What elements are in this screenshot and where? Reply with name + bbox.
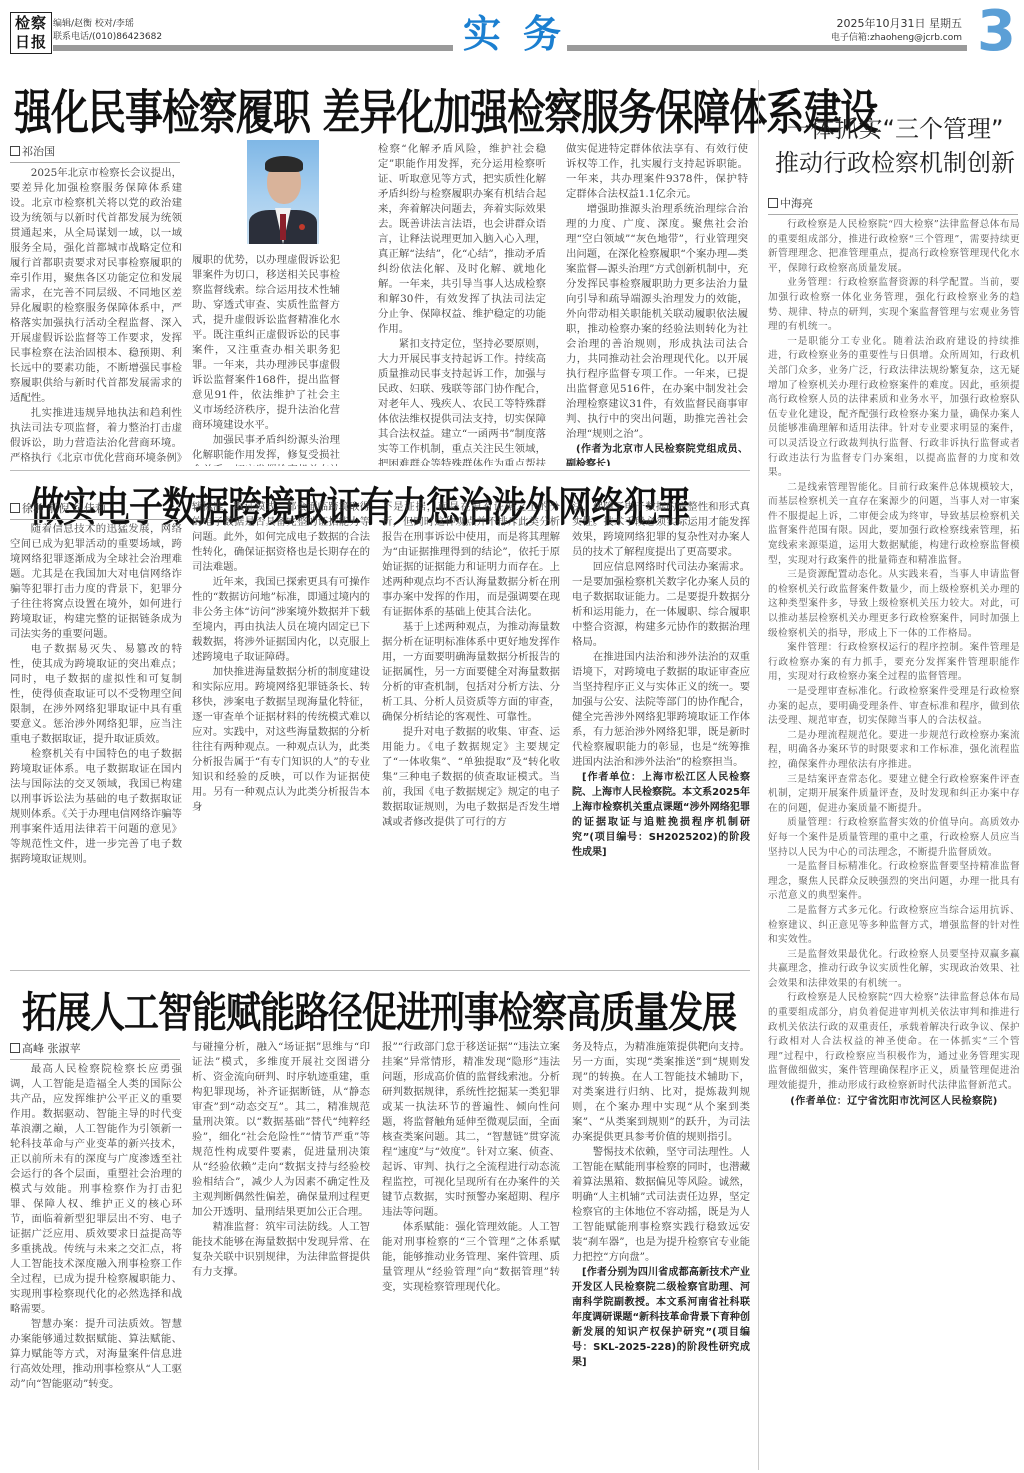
article1-byline: 祁治国 — [10, 143, 180, 163]
divider — [10, 470, 750, 471]
article1-column-4: 做实促进特定群体依法享有、有效行使诉权等工作，扎实履行支持起诉职能。一年来，共办… — [566, 142, 748, 466]
article3-column-1: 最高人民检察院检察长应勇强调，人工智能是造福全人类的国际公共产品，应发挥维护公平… — [10, 1062, 182, 1467]
article3-author-note: [作者分别为四川省成都高新技术产业开发区人民检察院二级检察官助理、河南科学院副教… — [572, 1265, 750, 1370]
article2-column-3: 不是证据，而是在原有证据之上的分析，但同时这种观点并不排斥此类分析报告在刑事诉讼… — [382, 500, 560, 962]
editor-line: 编辑/赵衡 校对/李瑶 — [53, 18, 162, 31]
article3-column-2: 与碰撞分析，融入“场证据”思维与“印证法”模式，多维度开展社交图谱分析、资金流向… — [192, 1040, 370, 1467]
article1-headline: 强化民事检察履职 差异化加强检察服务保障体系建设 — [14, 74, 877, 143]
section-title: 实务 — [463, 10, 583, 58]
contact-email: 电子信箱:zhaoheng@jcrb.com — [831, 31, 962, 46]
issue-date: 2025年10月31日 星期五 — [831, 16, 962, 31]
masthead: 检察日报 编辑/赵衡 校对/李瑶 联系电话/(010)86423682 实务 2… — [0, 0, 1024, 60]
phone-line: 联系电话/(010)86423682 — [53, 31, 162, 44]
article2-column-4: 法，保障了电子数据的完整性和形式真实性。技术手段必须实际运用才能发挥效果，跨境网… — [572, 500, 750, 962]
byline-box-icon — [10, 1043, 20, 1053]
article2-column-2: 辖标准、取证模式，都会面临跨境取得的电子数据是否具备完整的证据能力等问题。此外，… — [192, 500, 370, 962]
article3-byline: 高峰 张淑苹 — [10, 1040, 180, 1060]
article2-author-note: [作者单位：上海市松江区人民检察院、上海市人民检察院。本文系2025年上海市检察… — [572, 770, 750, 860]
article3-headline: 拓展人工智能赋能路径促进刑事检察高质量发展 — [22, 980, 736, 1040]
page-number: 3 — [977, 4, 1016, 60]
newspaper-logo: 检察日报 — [10, 12, 52, 54]
article2-column-1: 随着信息技术的迅猛发展，网络空间已成为犯罪活动的重要场域，跨境网络犯罪逐渐成为全… — [10, 522, 182, 962]
sidebar-headline: 一体抓实“三个管理” 推动行政检察机制创新 — [770, 112, 1020, 180]
article1-column-3: 检察“化解矛盾风险，维护社会稳定”职能作用发挥，充分运用检察听证、听取意见等方式… — [378, 142, 546, 466]
sidebar-divider — [758, 80, 759, 1470]
date-info: 2025年10月31日 星期五 电子信箱:zhaoheng@jcrb.com — [831, 16, 962, 46]
article1-column-2: 履职的优势，以办理虚假诉讼犯罪案件为切口，移送相关民事检察监督线索。综合运用技术… — [192, 253, 340, 466]
byline-box-icon — [10, 146, 20, 156]
editor-info: 编辑/赵衡 校对/李瑶 联系电话/(010)86423682 — [53, 18, 162, 44]
divider — [10, 970, 750, 971]
article2-byline: 徐翀 郝倪 纪佳莉 — [10, 500, 180, 520]
article1-column-1: 2025年北京市检察长会议提出，要差异化加强检察服务保障体系建设。北京市检察机关… — [10, 166, 182, 466]
header-rule-left — [53, 45, 453, 51]
article1-author-note: (作者为北京市人民检察院党组成员、副检察长) — [566, 442, 748, 466]
byline-box-icon — [768, 198, 778, 208]
sidebar-article-body: 行政检察是人民检察院“四大检察”法律监督总体布局的重要组成部分，推进行政检察“三… — [768, 218, 1020, 1470]
author-portrait — [247, 140, 319, 244]
sidebar-byline: 中海亮 — [768, 195, 1018, 215]
sidebar-author-note: (作者单位：辽宁省沈阳市沈河区人民检察院) — [768, 1094, 1020, 1109]
article3-column-3: 报”“行政部门怠于移送证据”“违法立案挂案”异常情形，精准发现“隐形”违法问题，… — [382, 1040, 560, 1467]
article3-column-4: 务及特点，为精准施策提供靶向支持。另一方面，实现“类案推送”到“规则发现”的转换… — [572, 1040, 750, 1467]
byline-box-icon — [10, 503, 20, 513]
